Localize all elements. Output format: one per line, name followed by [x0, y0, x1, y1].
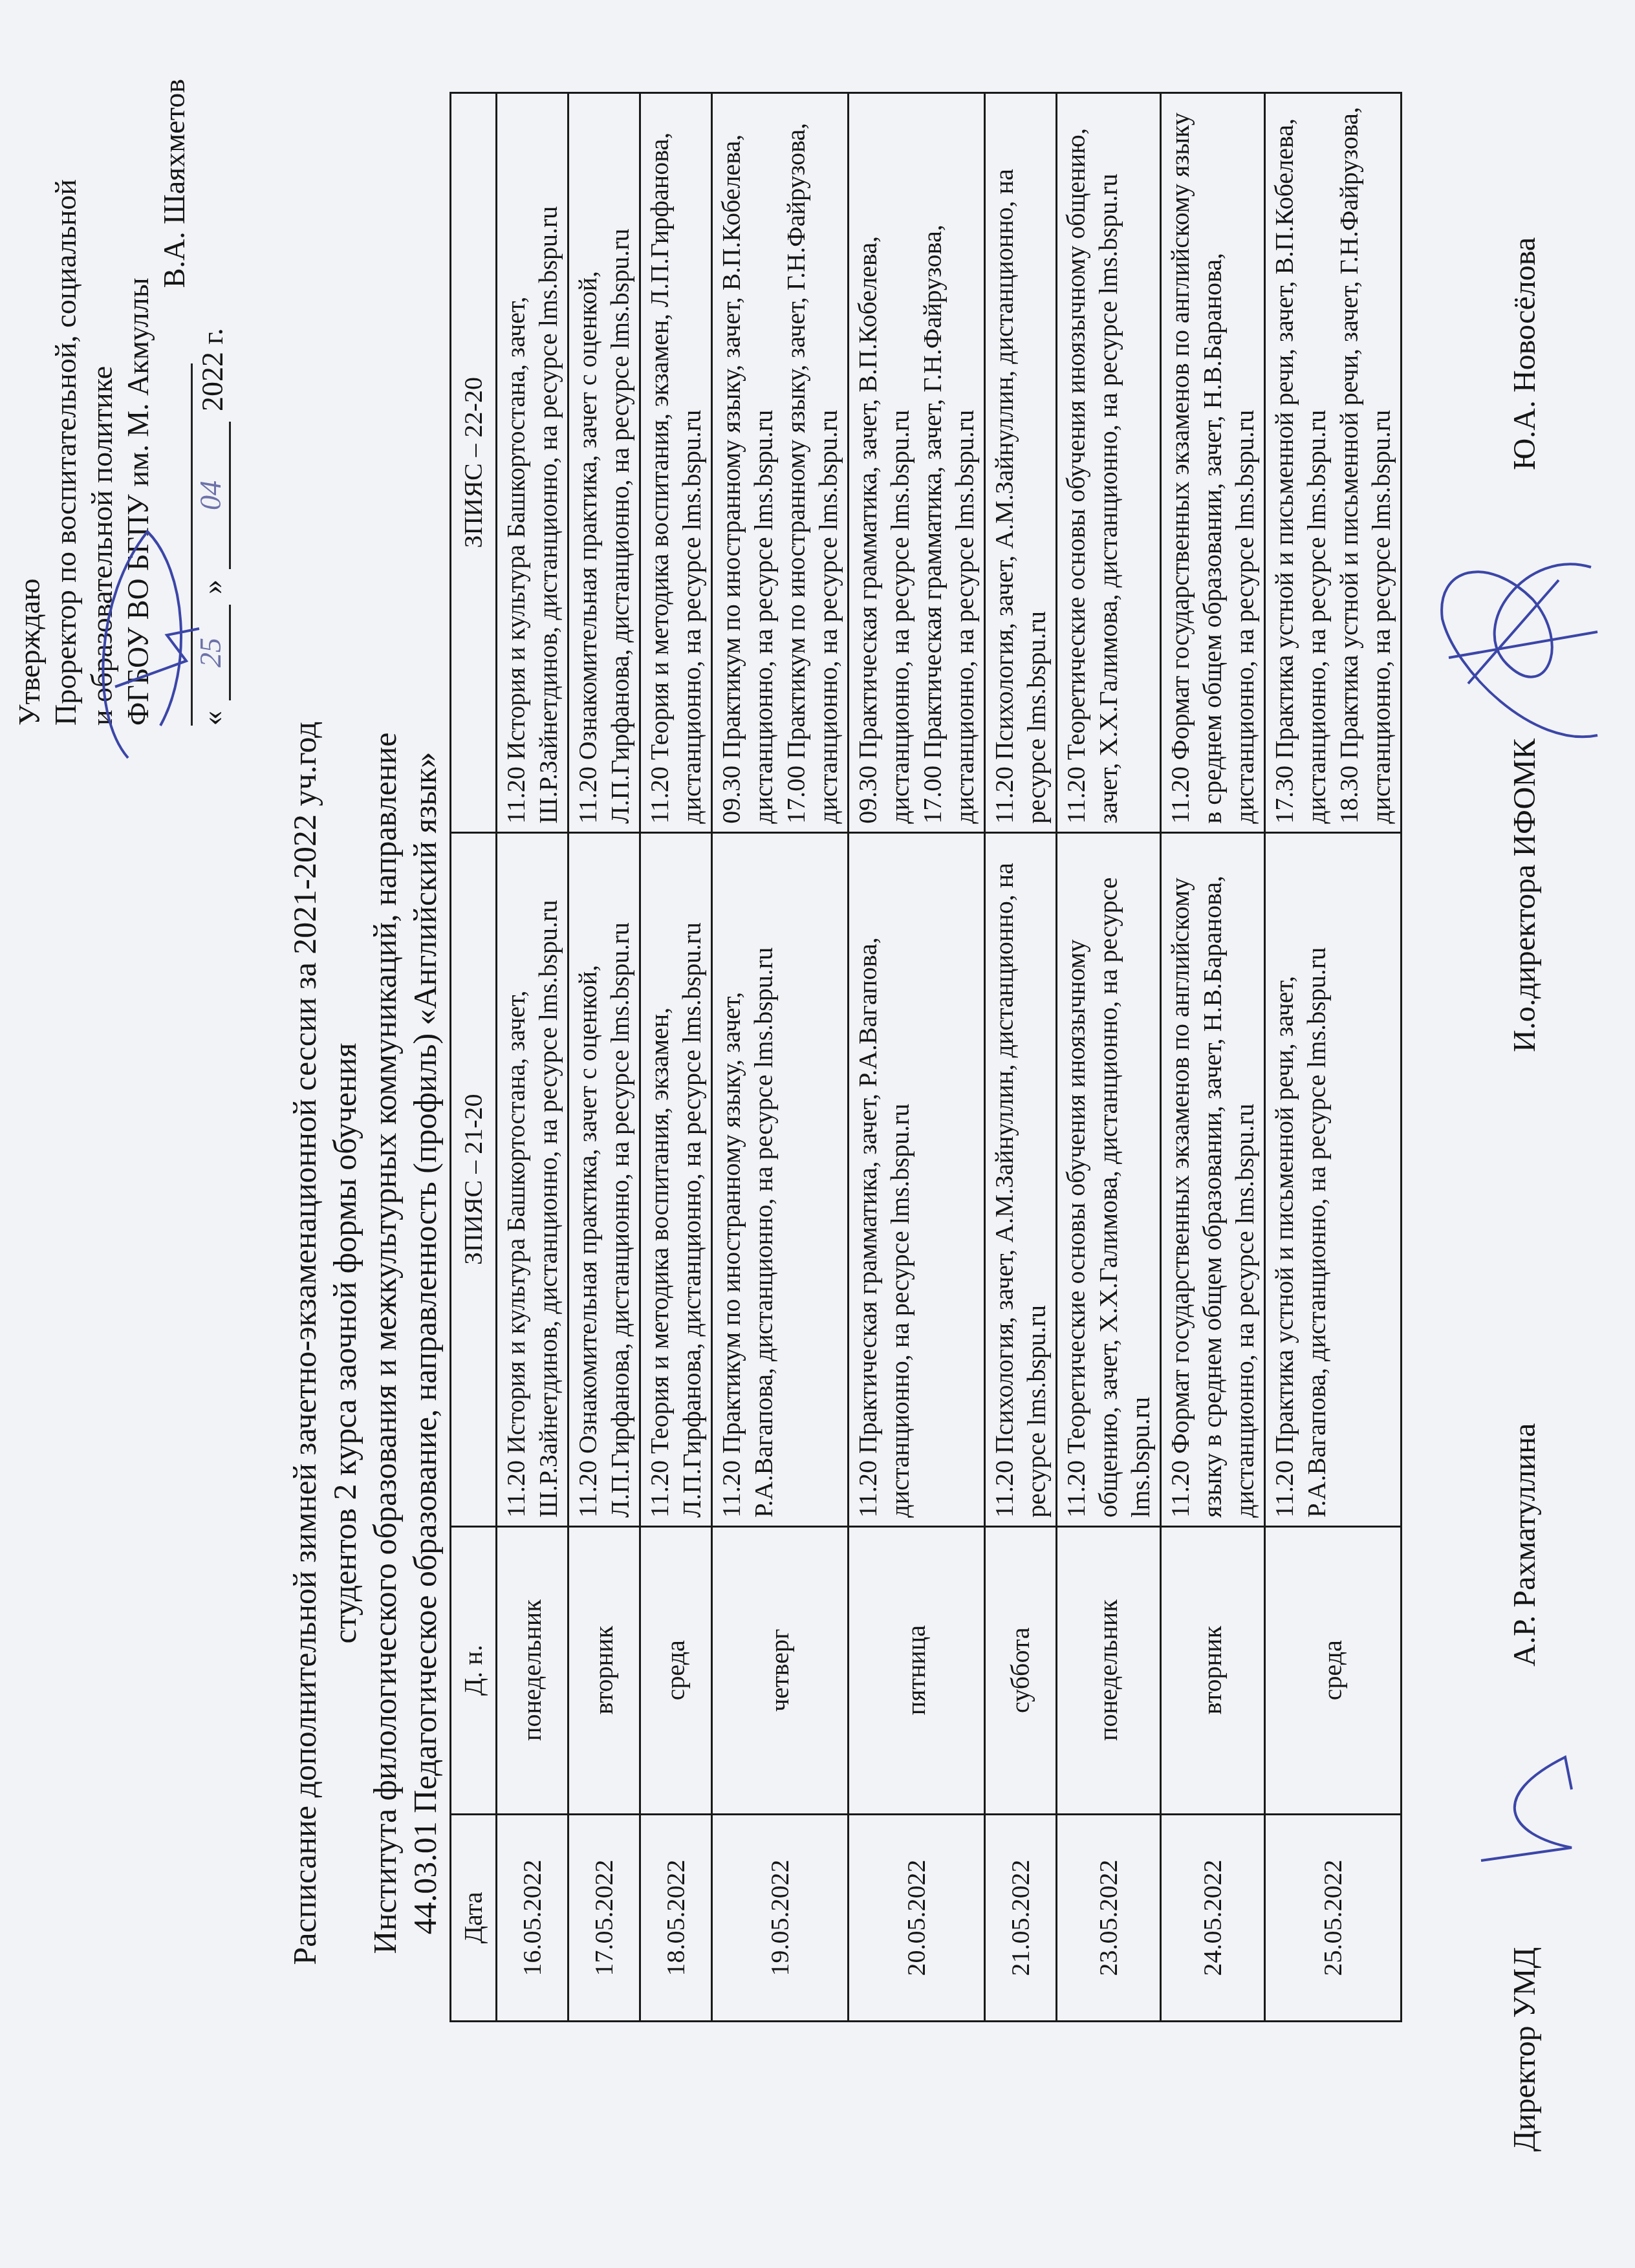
schedule-entry: 09.30 Практикум по иностранному языку, з…: [715, 102, 780, 824]
cell-date: 23.05.2022: [1057, 1814, 1161, 2021]
schedule-body: 16.05.2022понедельник11.20 История и кул…: [497, 93, 1402, 2022]
schedule-entry: 09.30 Практическая грамматика, зачет, В.…: [852, 102, 916, 824]
cell-group2: 11.20 Ознакомительная практика, зачет с …: [568, 93, 640, 833]
cell-group1: 11.20 Практическая грамматика, зачет, Р.…: [849, 832, 985, 1526]
schedule-entry: 11.20 Теоретические основы обучения иноя…: [1060, 841, 1157, 1518]
cell-date: 21.05.2022: [985, 1814, 1057, 2021]
cell-day-of-week: понедельник: [497, 1526, 568, 1814]
cell-group1: 11.20 Практика устной и письменной речи,…: [1265, 832, 1402, 1526]
schedule-entry: 11.20 Теоретические основы обучения иноя…: [1060, 102, 1125, 824]
schedule-entry: 18.30 Практика устной и письменной речи,…: [1333, 102, 1398, 824]
cell-group1: 11.20 Формат государственных экзаменов п…: [1161, 832, 1265, 1526]
left-signature-scribble-icon: [1468, 1718, 1585, 1874]
table-row: 17.05.2022вторник11.20 Ознакомительная п…: [568, 93, 640, 2022]
schedule-entry: 11.20 Формат государственных экзаменов п…: [1164, 841, 1261, 1518]
approval-block: Утверждаю Проректор по воспитательной, с…: [12, 79, 231, 726]
cell-date: 16.05.2022: [497, 1814, 568, 2021]
cell-day-of-week: понедельник: [1057, 1526, 1161, 1814]
schedule-entry: 11.20 Практика устной и письменной речи,…: [1268, 841, 1333, 1518]
table-row: 25.05.2022среда11.20 Практика устной и п…: [1265, 93, 1402, 2022]
cell-date: 24.05.2022: [1161, 1814, 1265, 2021]
title-line-2: студентов 2 курса заочной формы обучения: [325, 599, 365, 2087]
schedule-entry: 11.20 Формат государственных экзаменов п…: [1164, 102, 1261, 824]
title-line-4: 44.03.01 Педагогическое образование, нап…: [405, 599, 445, 2087]
title-line-3: Института филологического образования и …: [365, 599, 405, 2087]
cell-group1: 11.20 Теория и методика воспитания, экза…: [640, 832, 712, 1526]
document-page: Утверждаю Проректор по воспитательной, с…: [0, 0, 1635, 2268]
cell-group1: 11.20 Психология, зачет, А.М.Зайнуллин, …: [985, 832, 1057, 1526]
approved-label: Утверждаю: [12, 79, 48, 726]
header-date: Дата: [451, 1814, 497, 2021]
table-row: 20.05.2022пятница11.20 Практическая грам…: [849, 93, 985, 2022]
cell-day-of-week: вторник: [568, 1526, 640, 1814]
header-group-2: ЗПИЯС – 22-20: [451, 93, 497, 833]
cell-group2: 11.20 Теоретические основы обучения иноя…: [1057, 93, 1161, 833]
cell-group2: 11.20 История и культура Башкортостана, …: [497, 93, 568, 833]
table-header-row: Дата Д. н. ЗПИЯС – 21-20 ЗПИЯС – 22-20: [451, 93, 497, 2022]
cell-day-of-week: суббота: [985, 1526, 1057, 1814]
schedule-entry: 11.20 Теория и методика воспитания, экза…: [644, 102, 708, 824]
header-group-1: ЗПИЯС – 21-20: [451, 832, 497, 1526]
footer-right-position: И.о.директора ИФОМК: [1507, 739, 1543, 1052]
right-signature-scribble-icon: [1429, 515, 1610, 761]
cell-group1: 11.20 Практикум по иностранному языку, з…: [712, 832, 849, 1526]
footer-left-position: Директор УМД: [1507, 1947, 1543, 2152]
schedule-entry: 11.20 Ознакомительная практика, зачет с …: [572, 102, 636, 824]
table-row: 24.05.2022вторник11.20 Формат государств…: [1161, 93, 1265, 2022]
cell-date: 19.05.2022: [712, 1814, 849, 2021]
date-year: 2022 г.: [195, 328, 231, 411]
schedule-entry: 17.00 Практикум по иностранному языку, з…: [780, 102, 845, 824]
table-row: 18.05.2022среда11.20 Теория и методика в…: [640, 93, 712, 2022]
table-row: 19.05.2022четверг11.20 Практикум по инос…: [712, 93, 849, 2022]
cell-day-of-week: вторник: [1161, 1526, 1265, 1814]
schedule-entry: 11.20 История и культура Башкортостана, …: [500, 102, 565, 824]
cell-group2: 11.20 Психология, зачет, А.М.Зайнуллин, …: [985, 93, 1057, 833]
cell-group1: 11.20 Теоретические основы обучения иноя…: [1057, 832, 1161, 1526]
cell-group1: 11.20 История и культура Башкортостана, …: [497, 832, 568, 1526]
schedule-entry: 11.20 Практикум по иностранному языку, з…: [715, 841, 780, 1518]
schedule-table: Дата Д. н. ЗПИЯС – 21-20 ЗПИЯС – 22-20 1…: [449, 92, 1402, 2022]
cell-group2: 11.20 Формат государственных экзаменов п…: [1161, 93, 1265, 833]
cell-date: 20.05.2022: [849, 1814, 985, 2021]
header-day-of-week: Д. н.: [451, 1526, 497, 1814]
cell-group1: 11.20 Ознакомительная практика, зачет с …: [568, 832, 640, 1526]
cell-day-of-week: четверг: [712, 1526, 849, 1814]
table-row: 21.05.2022суббота11.20 Психология, зачет…: [985, 93, 1057, 2022]
title-line-1: Расписание дополнительной зимней зачетно…: [285, 599, 325, 2087]
cell-day-of-week: среда: [640, 1526, 712, 1814]
cell-date: 25.05.2022: [1265, 1814, 1402, 2021]
schedule-entry: 11.20 Психология, зачет, А.М.Зайнуллин, …: [988, 841, 1053, 1518]
cell-date: 18.05.2022: [640, 1814, 712, 2021]
cell-group2: 11.20 Теория и методика воспитания, экза…: [640, 93, 712, 833]
footer-right-name: Ю.А. Новосёлова: [1507, 237, 1543, 470]
footer-left-name: А.Р. Рахматуллина: [1507, 1423, 1543, 1667]
approver-name: В.А. Шаяхметов: [157, 79, 193, 288]
schedule-entry: 17.30 Практика устной и письменной речи,…: [1268, 102, 1333, 824]
document-title: Расписание дополнительной зимней зачетно…: [285, 599, 445, 2087]
cell-day-of-week: пятница: [849, 1526, 985, 1814]
approver-signature-scribble-icon: [89, 519, 206, 764]
cell-date: 17.05.2022: [568, 1814, 640, 2021]
schedule-entry: 11.20 Теория и методика воспитания, экза…: [644, 841, 708, 1518]
schedule-entry: 11.20 История и культура Башкортостана, …: [500, 841, 565, 1518]
cell-day-of-week: среда: [1265, 1526, 1402, 1814]
schedule-entry: 11.20 Практическая грамматика, зачет, Р.…: [852, 841, 916, 1518]
cell-group2: 09.30 Практическая грамматика, зачет, В.…: [849, 93, 985, 833]
approver-position-line1: Проректор по воспитательной, социальной: [48, 79, 84, 726]
table-row: 23.05.2022понедельник11.20 Теоретические…: [1057, 93, 1161, 2022]
table-row: 16.05.2022понедельник11.20 История и кул…: [497, 93, 568, 2022]
schedule-entry: 17.00 Практическая грамматика, зачет, Г.…: [916, 102, 981, 824]
schedule-entry: 11.20 Психология, зачет, А.М.Зайнуллин, …: [988, 102, 1053, 824]
cell-group2: 09.30 Практикум по иностранному языку, з…: [712, 93, 849, 833]
schedule-entry: 11.20 Ознакомительная практика, зачет с …: [572, 841, 636, 1518]
cell-group2: 17.30 Практика устной и письменной речи,…: [1265, 93, 1402, 833]
